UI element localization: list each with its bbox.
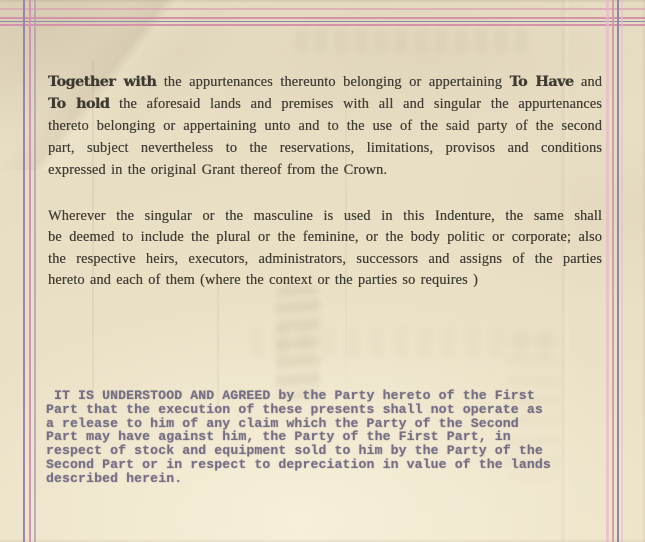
horizontal-rule-group-pink xyxy=(0,24,645,26)
right-margin-rule-pink-faint xyxy=(621,0,623,542)
blackletter-phrase: To Have xyxy=(510,74,574,90)
text-line: thereto belonging or appertaining unto a… xyxy=(48,115,602,137)
left-margin-rule-pink xyxy=(29,0,31,542)
text-line: Second Part or in respect to depreciatio… xyxy=(46,458,586,472)
text-line: Together with the appurtenances thereunt… xyxy=(48,71,602,93)
text-line: a release to him of any claim which the … xyxy=(46,417,586,431)
text-line: the respective heirs, executors, adminis… xyxy=(48,249,602,271)
text-line: Part may have against him, the Party of … xyxy=(46,430,586,444)
blackletter-phrase: To hold xyxy=(48,96,109,112)
text-segment: be deemed to include the plural or the f… xyxy=(48,229,602,245)
ink-bleedthrough xyxy=(250,328,560,358)
text-segment: and xyxy=(573,74,602,90)
blackletter-phrase: Together with xyxy=(48,74,156,90)
text-line: IT IS UNDERSTOOD AND AGREED by the Party… xyxy=(46,389,586,403)
text-line: part, subject nevertheless to the reserv… xyxy=(48,137,602,159)
scanned-indenture-page: Together with the appurtenances thereunt… xyxy=(0,0,645,542)
paragraph-together-with: Together with the appurtenances thereunt… xyxy=(48,71,602,181)
right-margin-rule-pink xyxy=(612,0,615,542)
horizontal-rule-top xyxy=(0,8,645,10)
left-margin-rule-purple xyxy=(23,0,25,542)
text-segment: hereto and each of them (where the conte… xyxy=(48,272,478,288)
typed-clause-understood-agreed: IT IS UNDERSTOOD AND AGREED by the Party… xyxy=(46,389,586,486)
text-line: Wherever the singular or the masculine i… xyxy=(48,206,602,228)
right-margin-rule-pink-faint xyxy=(606,0,609,542)
text-segment: the appurtenances thereunto belonging or… xyxy=(156,74,509,90)
text-segment: expressed in the original Grant thereof … xyxy=(48,162,387,178)
horizontal-rule-group-pink xyxy=(0,17,645,19)
scan-edge-top xyxy=(0,0,645,3)
text-segment: the aforesaid lands and premises with al… xyxy=(109,96,602,112)
text-segment: Wherever the singular or the masculine i… xyxy=(48,208,602,224)
text-line: be deemed to include the plural or the f… xyxy=(48,227,602,249)
horizontal-rule-group-purple xyxy=(0,21,645,23)
text-line: hereto and each of them (where the conte… xyxy=(48,270,602,292)
text-segment: the respective heirs, executors, adminis… xyxy=(48,251,602,267)
text-line: expressed in the original Grant thereof … xyxy=(48,159,602,181)
paragraph-wherever-singular: Wherever the singular or the masculine i… xyxy=(48,206,602,292)
text-line: Part that the execution of these present… xyxy=(46,403,586,417)
right-margin-rule-purple xyxy=(617,0,619,542)
ink-bleedthrough xyxy=(276,286,320,398)
text-line: described herein. xyxy=(46,472,586,486)
left-margin-rule-mauve xyxy=(34,0,36,542)
text-segment: part, subject nevertheless to the reserv… xyxy=(48,140,602,156)
text-line: To hold the aforesaid lands and premises… xyxy=(48,93,602,115)
text-line: respect of stock and equipment sold to h… xyxy=(46,444,586,458)
ink-bleedthrough xyxy=(295,29,530,53)
text-segment: thereto belonging or appertaining unto a… xyxy=(48,118,602,134)
